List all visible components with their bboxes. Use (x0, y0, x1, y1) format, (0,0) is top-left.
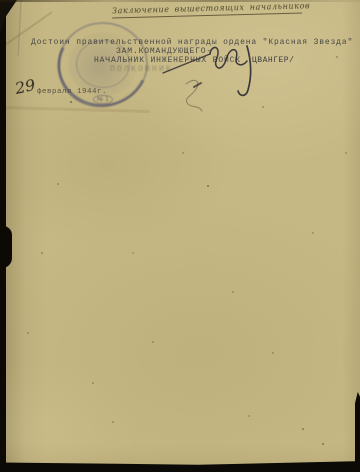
scanned-award-document: Заключение вышестоящих начальников № 1 Д… (0, 0, 360, 472)
stamp-number: № 1 (93, 95, 113, 104)
scan-edge-top-shade (0, 0, 360, 2)
ink-signature (150, 40, 285, 125)
typed-date-month-year: февраля 1944г. (37, 88, 107, 96)
typed-surname: ЦВАНГЕР/ (252, 56, 294, 65)
scan-edge-right-bottom (355, 392, 360, 472)
scan-edge-left-bulge (0, 226, 12, 268)
